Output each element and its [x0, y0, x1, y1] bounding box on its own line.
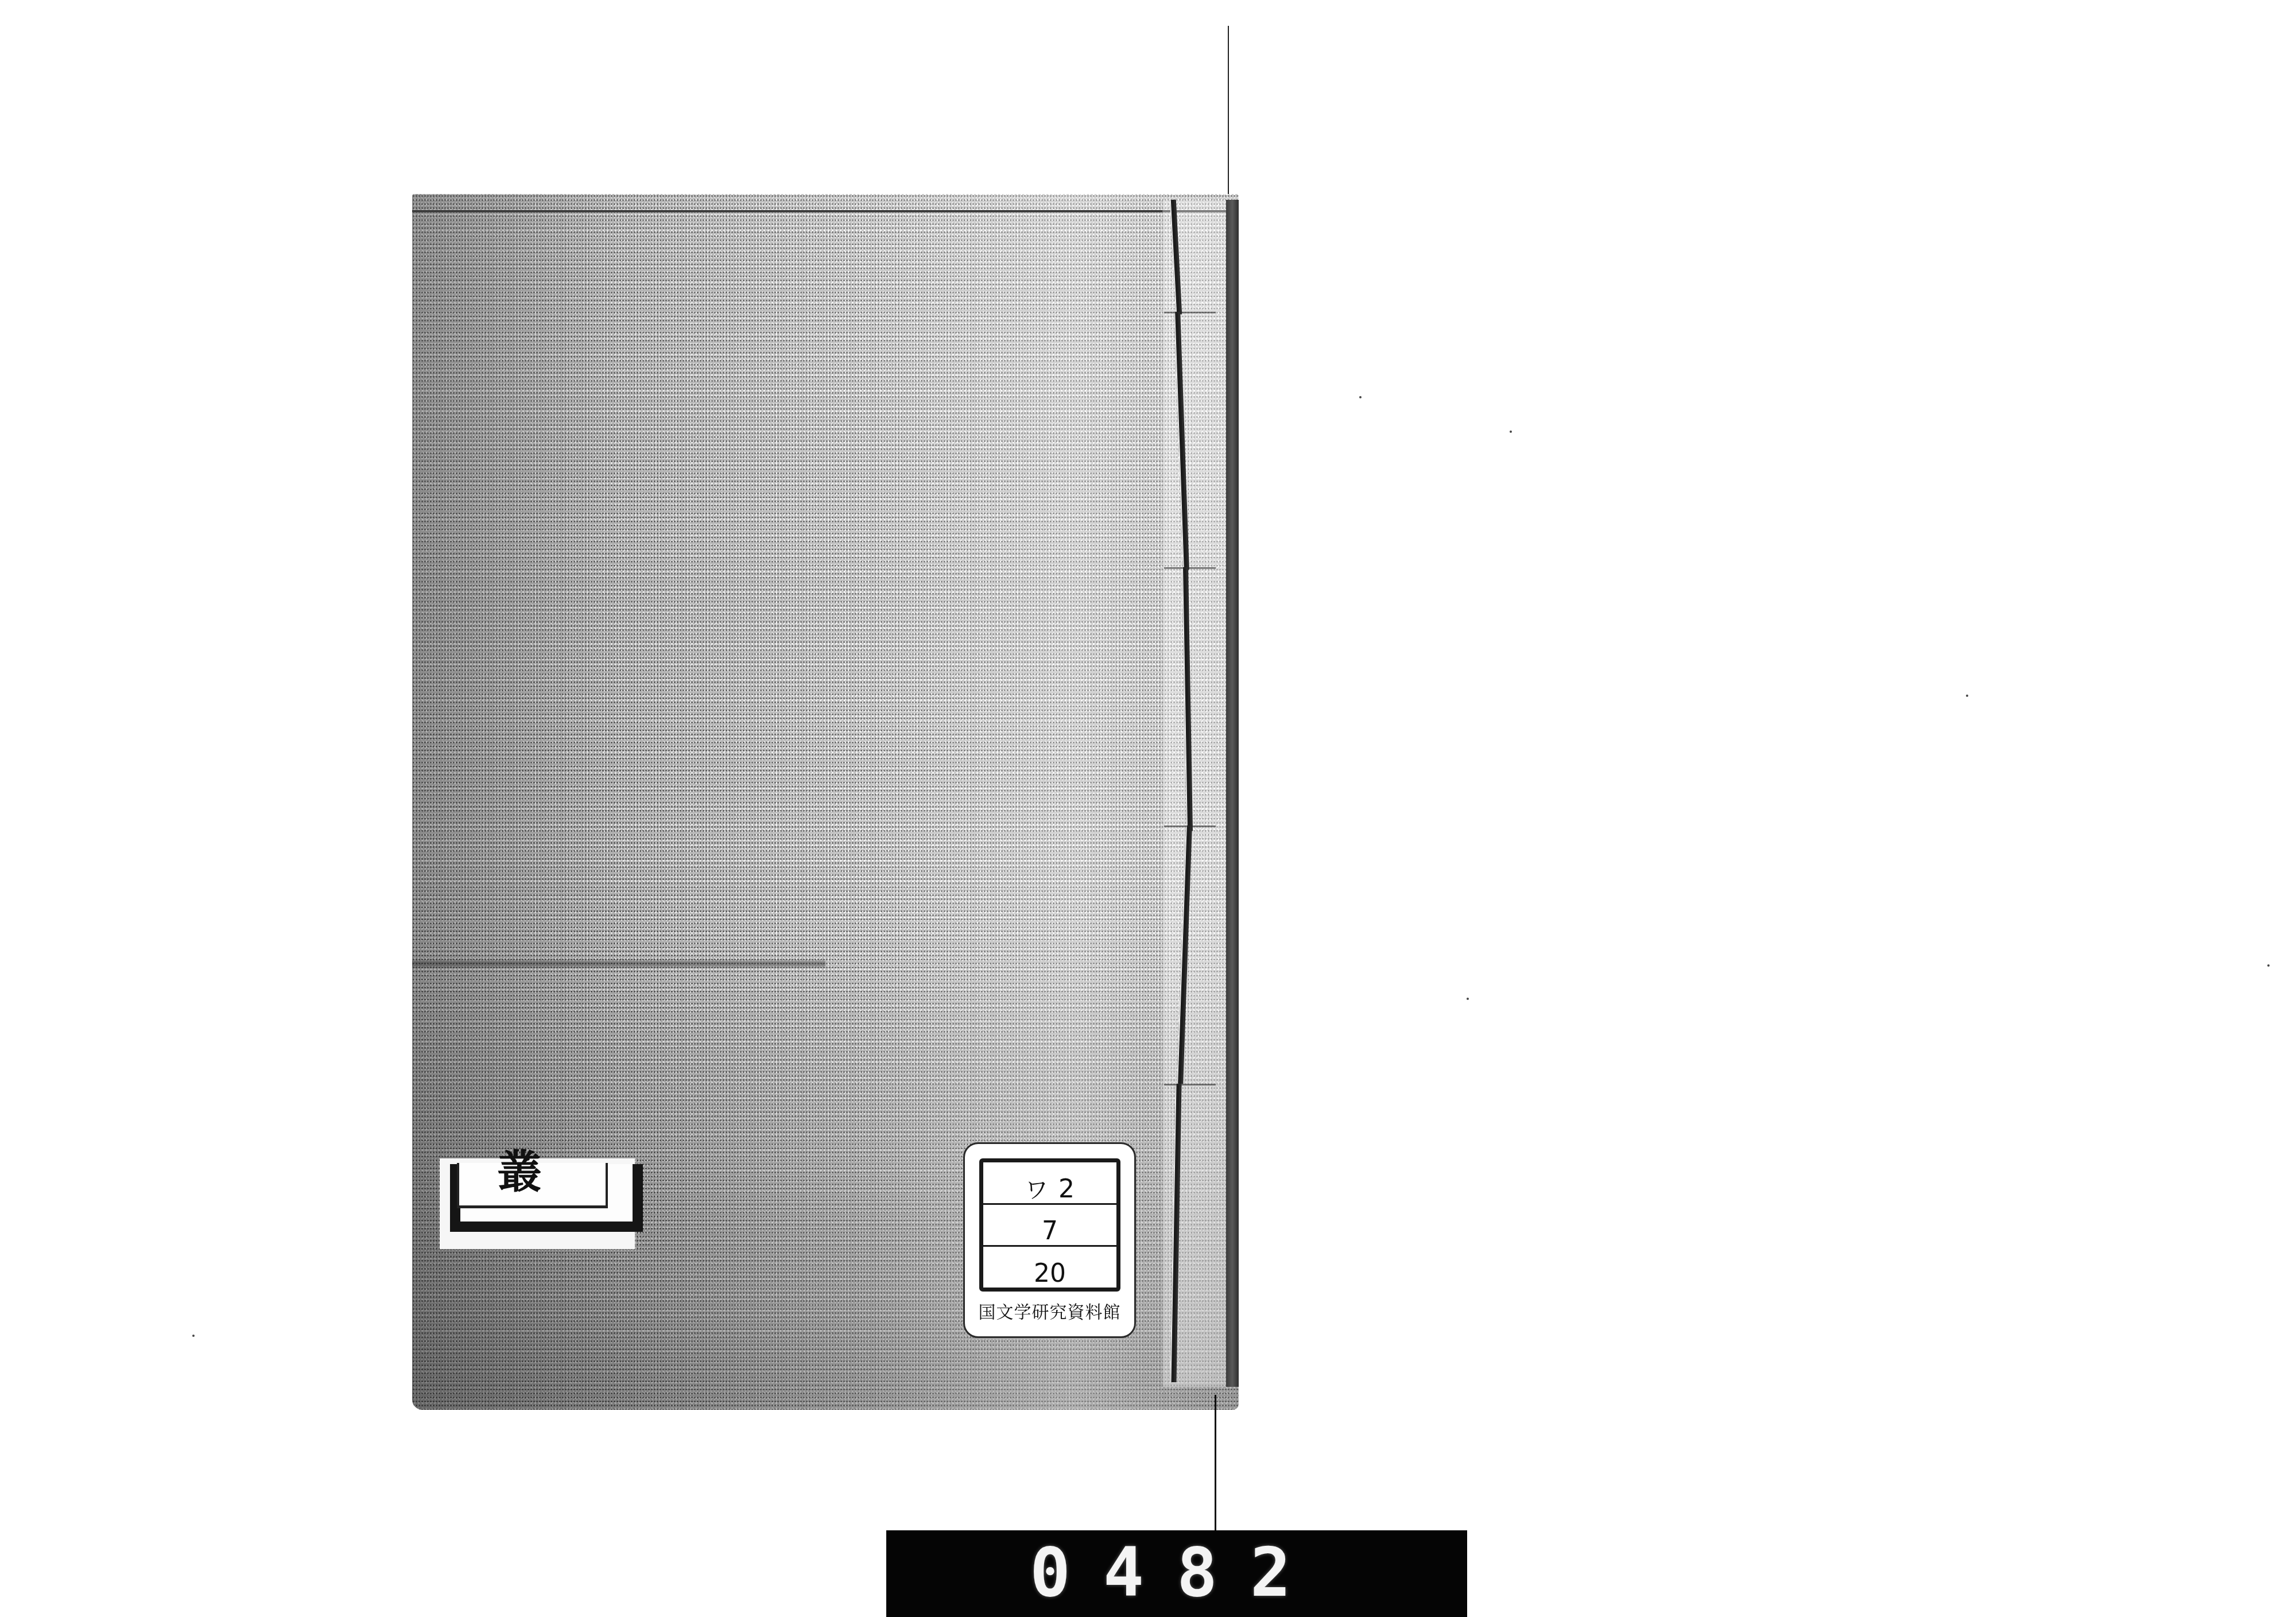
binding-stitch-mark — [1164, 825, 1216, 827]
frame-digit: 8 — [1177, 1538, 1217, 1606]
title-slip: 叢 — [440, 1147, 635, 1250]
call-number-value: 2 — [1058, 1177, 1075, 1202]
call-number-value: 20 — [1034, 1261, 1066, 1286]
binding-stitch-mark — [1164, 1084, 1216, 1085]
scan-dust — [1467, 998, 1469, 1000]
binding-stitch-mark — [1164, 312, 1216, 313]
frame-digit: 4 — [1103, 1538, 1143, 1606]
frame-number: 0 4 8 2 — [1030, 1538, 1290, 1606]
call-number-value: 7 — [1042, 1219, 1058, 1244]
crop-line-bottom — [1215, 1395, 1216, 1538]
cover-top-edge — [412, 210, 1239, 212]
frame-digit: 2 — [1250, 1538, 1290, 1606]
cover-fold-crease — [412, 959, 825, 969]
spine-edge — [1226, 200, 1239, 1387]
crop-line-top — [1228, 26, 1229, 198]
scan-dust — [2267, 964, 2270, 967]
frame-digit: 0 — [1030, 1538, 1070, 1606]
call-number-row: 20 — [983, 1247, 1116, 1288]
title-slip-text: 叢 — [497, 1150, 542, 1195]
scan-dust — [1359, 396, 1362, 398]
binding-stitch-mark — [1164, 567, 1216, 569]
call-number-row: ワ 2 — [983, 1162, 1116, 1205]
scan-dust — [192, 1335, 195, 1337]
call-number-row: 7 — [983, 1205, 1116, 1247]
call-number-grid: ワ 2 7 20 — [979, 1158, 1120, 1292]
call-number-kana: ワ — [1025, 1179, 1048, 1202]
scan-dust — [1510, 431, 1512, 433]
frame-number-strip: 0 4 8 2 — [886, 1530, 1467, 1617]
scan-dust — [1966, 695, 1968, 697]
institution-name: 国文学研究資料館 — [965, 1298, 1134, 1323]
binding-margin — [1162, 200, 1226, 1387]
call-number-label: ワ 2 7 20 国文学研究資料館 — [963, 1142, 1136, 1338]
